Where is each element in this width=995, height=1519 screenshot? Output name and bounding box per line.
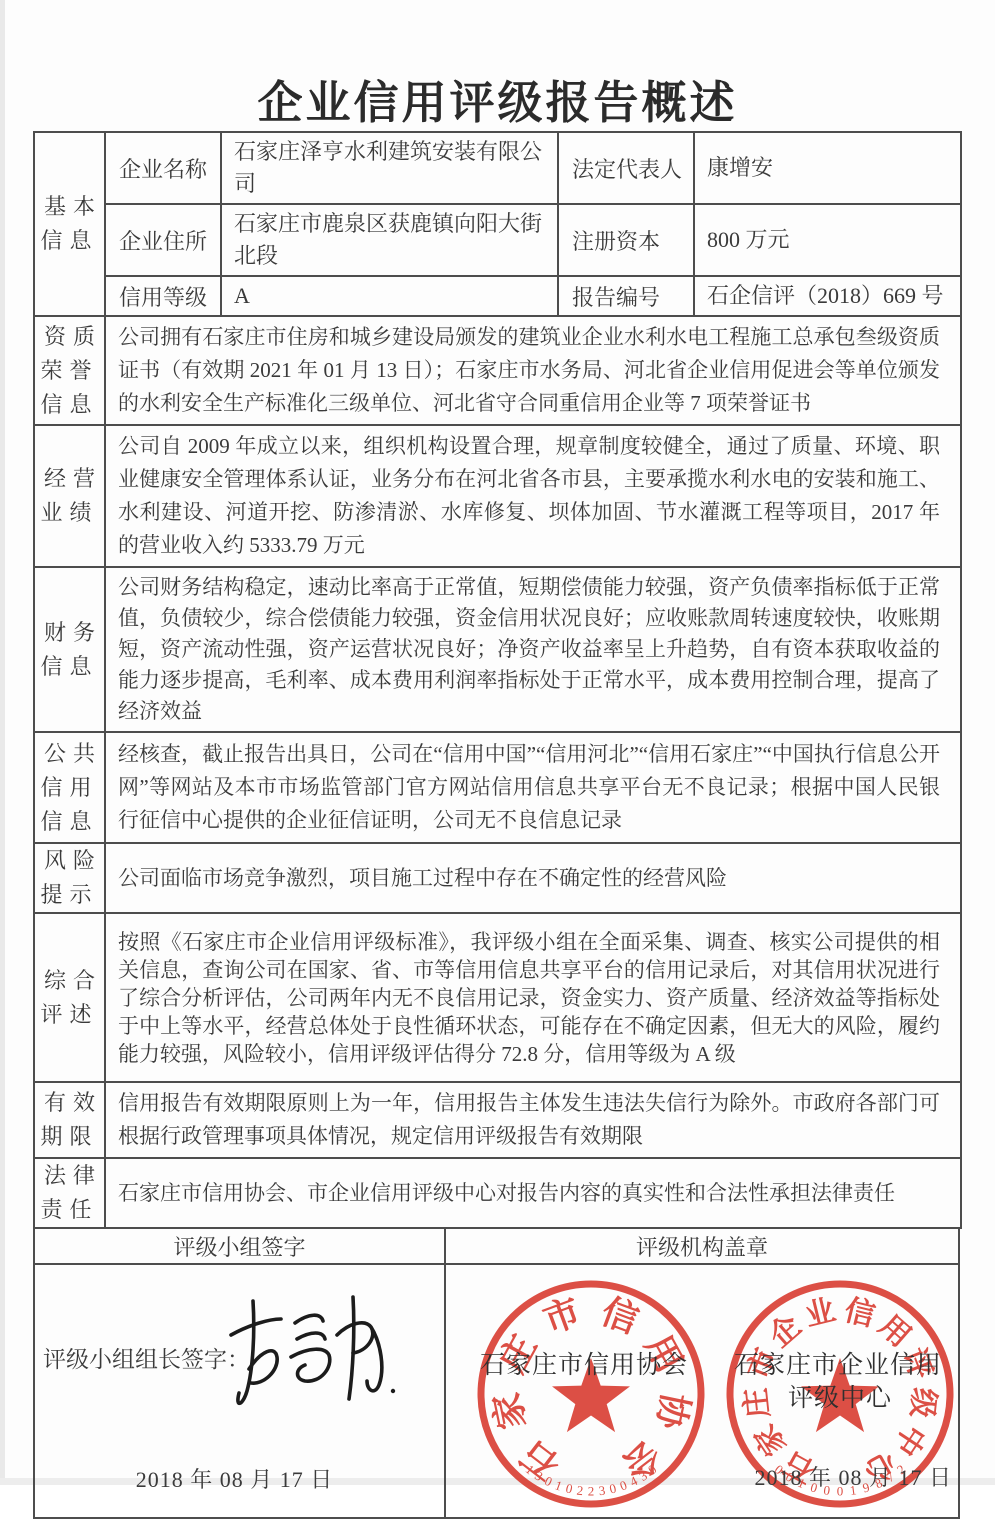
section-text-validity-period: 信用报告有效期限原则上为一年，信用报告主体发生违法失信行为除外。市政府各部门可根… [105, 1082, 961, 1158]
svg-text:2: 2 [588, 1484, 595, 1499]
section-text-public-credit-info: 经核查，截止报告出具日，公司在“信用中国”“信用河北”“信用石家庄”“中国执行信… [105, 732, 961, 843]
svg-text:级: 级 [905, 1386, 941, 1419]
team-leader-signature-label: 评级小组组长签字： [43, 1341, 250, 1374]
field-value-credit-grade: A [221, 276, 558, 316]
svg-text:2: 2 [576, 1483, 584, 1499]
svg-text:0: 0 [618, 1477, 629, 1493]
category-label-qualification-honors: 资质 荣誉 信息 [34, 316, 105, 425]
stamp-cell: 石家庄市信用协会1301022300430石家庄市企业信用评级中心0010001… [446, 1265, 958, 1517]
credit-association-name-text: 石家庄市信用协会 [480, 1345, 688, 1381]
section-text-business-performance: 公司自 2009 年成立以来，组织机构设置合理，规章制度较健全，通过了质量、环境… [105, 425, 961, 567]
svg-text:协: 协 [649, 1389, 696, 1434]
field-label-registered-capital: 注册资本 [558, 204, 694, 276]
footer-content-row: 评级小组组长签字： 2018 年 08 月 17 日 [35, 1265, 958, 1517]
field-value-company-address: 石家庄市鹿泉区获鹿镇向阳大街北段 [221, 204, 558, 276]
svg-text:信: 信 [841, 1293, 878, 1333]
rating-center-name-text-line2: 评级中心 [788, 1378, 892, 1414]
table-row: 基本 信息 企业名称 石家庄泽亨水利建筑安装有限公司 法定代表人 康增安 [34, 132, 961, 204]
signature-stamp-block: 评级小组签字 评级机构盖章 评级小组组长签字： [33, 1229, 960, 1519]
svg-text:信: 信 [596, 1291, 644, 1341]
section-text-qualification-honors: 公司拥有石家庄市住房和城乡建设局颁发的建筑业企业水利水电工程施工总承包叁级资质证… [105, 316, 961, 425]
svg-text:0: 0 [608, 1480, 618, 1496]
page-title: 企业信用评级报告概述 [0, 66, 995, 131]
category-label-comprehensive-review: 综合 评述 [34, 913, 105, 1082]
field-label-company-address: 企业住所 [105, 204, 221, 276]
report-table: 基本 信息 企业名称 石家庄泽亨水利建筑安装有限公司 法定代表人 康增安 企业住… [33, 131, 960, 1519]
report-page: 企业信用评级报告概述 基本 信息 企业名称 石家庄泽亨水利建筑安装有限公司 法定… [0, 0, 995, 1485]
category-label-validity-period: 有效 期限 [34, 1082, 105, 1158]
signature-handwriting [225, 1273, 415, 1443]
table-row: 资质 荣誉 信息 公司拥有石家庄市住房和城乡建设局颁发的建筑业企业水利水电工程施… [34, 316, 961, 425]
category-label-legal-liability: 法律 责任 [34, 1158, 105, 1228]
svg-text:0: 0 [564, 1480, 574, 1496]
table-row: 经营 业绩 公司自 2009 年成立以来，组织机构设置合理，规章制度较健全，通过… [34, 425, 961, 567]
table-row: 财务 信息 公司财务结构稳定，速动比率高于正常值，短期偿债能力较强，资产负债率指… [34, 567, 961, 732]
field-value-report-number: 石企信评（2018）669 号 [694, 276, 961, 316]
table-row: 信用等级 A 报告编号 石企信评（2018）669 号 [34, 276, 961, 316]
svg-text:市: 市 [538, 1291, 586, 1341]
category-label-basic-info: 基本 信息 [34, 132, 105, 316]
table-row: 企业住所 石家庄市鹿泉区获鹿镇向阳大街北段 注册资本 800 万元 [34, 204, 961, 276]
field-value-legal-representative: 康增安 [694, 132, 961, 204]
section-text-legal-liability: 石家庄市信用协会、市企业信用评级中心对报告内容的真实性和合法性承担法律责任 [105, 1158, 961, 1228]
rating-center-name-text-line1: 石家庄市企业信用 [734, 1345, 942, 1381]
table-row: 风险 提示 公司面临市场竞争激烈，项目施工过程中存在不确定性的经营风险 [34, 843, 961, 913]
field-value-company-name: 石家庄泽亨水利建筑安装有限公司 [221, 132, 558, 204]
table-row: 综合 评述 按照《石家庄市企业信用评级标准》，我评级小组在全面采集、调查、核实公… [34, 913, 961, 1082]
footer-header-row: 评级小组签字 评级机构盖章 [35, 1229, 958, 1265]
category-label-public-credit-info: 公共 信用 信息 [34, 732, 105, 843]
svg-text:业: 业 [802, 1294, 839, 1333]
svg-text:中: 中 [887, 1418, 931, 1461]
field-label-report-number: 报告编号 [558, 276, 694, 316]
table-row: 法律 责任 石家庄市信用协会、市企业信用评级中心对报告内容的真实性和合法性承担法… [34, 1158, 961, 1228]
table-row: 公共 信用 信息 经核查，截止报告出具日，公司在“信用中国”“信用河北”“信用石… [34, 732, 961, 843]
svg-text:家: 家 [749, 1418, 793, 1461]
svg-text:家: 家 [486, 1389, 533, 1432]
svg-text:庄: 庄 [739, 1386, 775, 1419]
category-label-risk-notice: 风险 提示 [34, 843, 105, 913]
section-text-comprehensive-review: 按照《石家庄市企业信用评级标准》，我评级小组在全面采集、调查、核实公司提供的相关… [105, 913, 961, 1082]
category-label-financial-info: 财务 信息 [34, 567, 105, 732]
table-row: 有效 期限 信用报告有效期限原则上为一年，信用报告主体发生违法失信行为除外。市政… [34, 1082, 961, 1158]
rating-agency-seal-header: 评级机构盖章 [446, 1229, 958, 1263]
category-label-business-performance: 经营 业绩 [34, 425, 105, 567]
section-text-financial-info: 公司财务结构稳定，速动比率高于正常值，短期偿债能力较强，资产负债率指标低于正常值… [105, 567, 961, 732]
rating-team-signature-header: 评级小组签字 [35, 1229, 446, 1263]
scan-edge [0, 0, 5, 1485]
field-label-company-name: 企业名称 [105, 132, 221, 204]
signature-cell: 评级小组组长签字： 2018 年 08 月 17 日 [35, 1265, 446, 1517]
stamp-date: 2018 年 08 月 17 日 [754, 1461, 952, 1492]
svg-text:1: 1 [553, 1477, 564, 1493]
svg-text:3: 3 [598, 1483, 606, 1499]
field-value-registered-capital: 800 万元 [694, 204, 961, 276]
signature-date: 2018 年 08 月 17 日 [35, 1463, 434, 1494]
section-text-risk-notice: 公司面临市场竞争激烈，项目施工过程中存在不确定性的经营风险 [105, 843, 961, 913]
field-label-credit-grade: 信用等级 [105, 276, 221, 316]
field-label-legal-representative: 法定代表人 [558, 132, 694, 204]
